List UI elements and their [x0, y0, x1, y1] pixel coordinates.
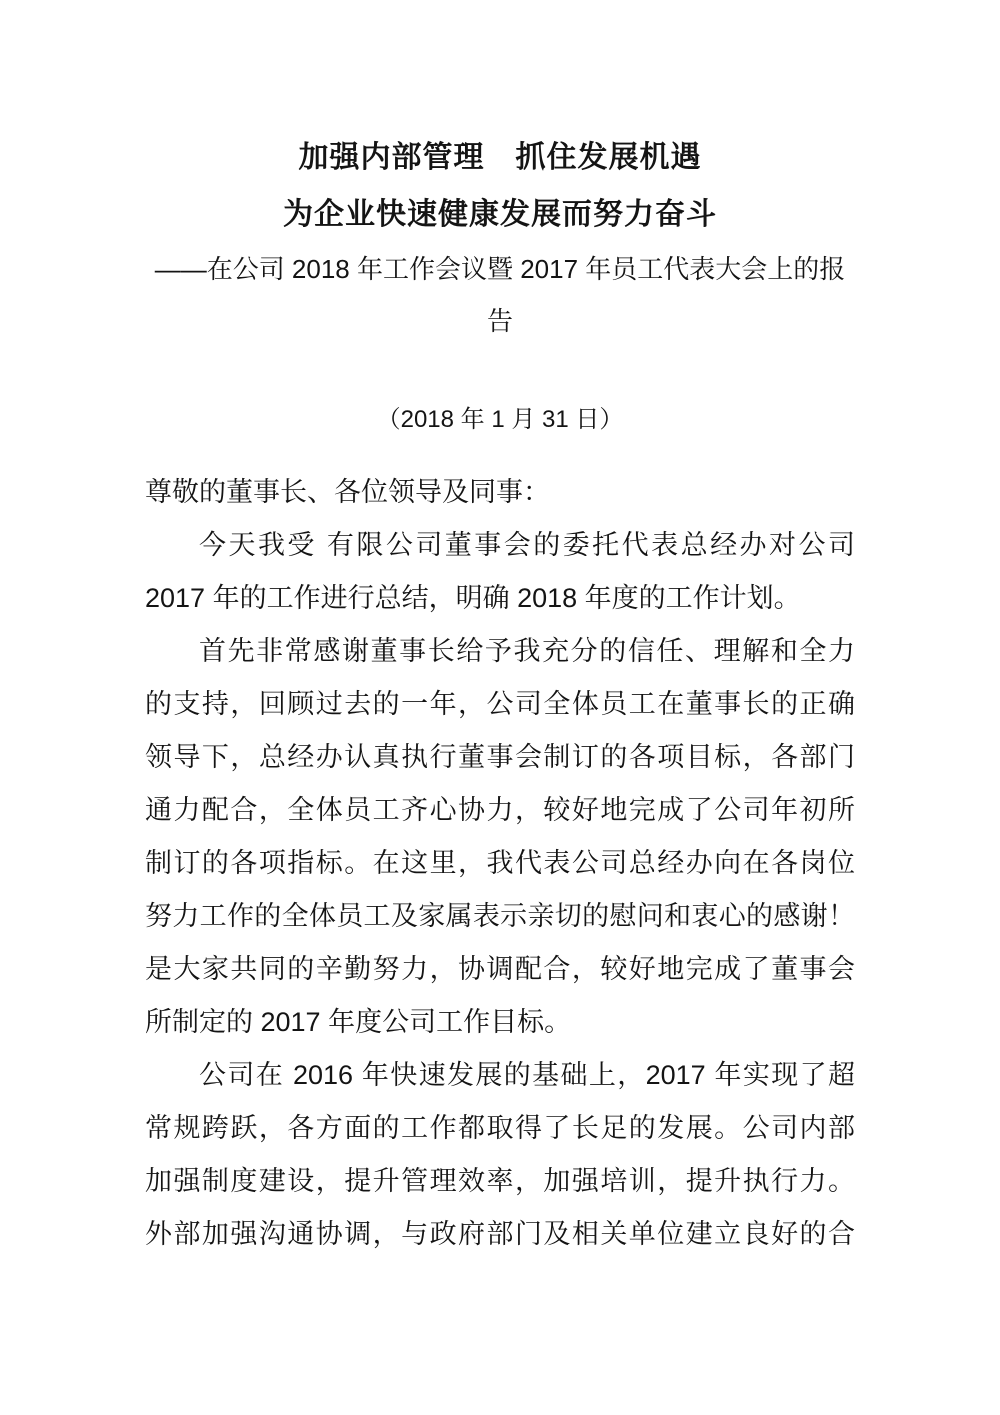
body-line: 今天我受 有限公司董事会的委托代表总经办对公司: [145, 519, 855, 572]
body-line: 是大家共同的辛勤努力，协调配合，较好地完成了董事会: [145, 943, 855, 996]
document-body: 尊敬的董事长、各位领导及同事： 今天我受 有限公司董事会的委托代表总经办对公司 …: [145, 466, 855, 1261]
document-subtitle-line-1: ——在公司 2018 年工作会议暨 2017 年员工代表大会上的报: [145, 243, 855, 295]
body-line: 2017 年的工作进行总结，明确 2018 年度的工作计划。: [145, 572, 855, 625]
document-subtitle-line-2: 告: [145, 295, 855, 347]
salutation-line: 尊敬的董事长、各位领导及同事：: [145, 466, 855, 519]
document-title-line-2: 为企业快速健康发展而努力奋斗: [145, 193, 855, 237]
body-line: 公司在 2016 年快速发展的基础上，2017 年实现了超: [145, 1049, 855, 1102]
body-line: 常规跨跃，各方面的工作都取得了长足的发展。公司内部: [145, 1102, 855, 1155]
body-line: 领导下，总经办认真执行董事会制订的各项目标，各部门: [145, 731, 855, 784]
body-line: 首先非常感谢董事长给予我充分的信任、理解和全力: [145, 625, 855, 678]
body-line: 加强制度建设，提升管理效率，加强培训，提升执行力。: [145, 1155, 855, 1208]
body-line: 制订的各项指标。在这里，我代表公司总经办向在各岗位: [145, 837, 855, 890]
document-date: （2018 年 1 月 31 日）: [145, 395, 855, 445]
body-line: 通力配合，全体员工齐心协力，较好地完成了公司年初所: [145, 784, 855, 837]
document-page: 加强内部管理 抓住发展机遇 为企业快速健康发展而努力奋斗 ——在公司 2018 …: [145, 0, 855, 1261]
body-line: 努力工作的全体员工及家属表示亲切的慰问和衷心的感谢！: [145, 890, 855, 943]
body-line: 的支持，回顾过去的一年，公司全体员工在董事长的正确: [145, 678, 855, 731]
body-line: 外部加强沟通协调，与政府部门及相关单位建立良好的合: [145, 1208, 855, 1261]
body-line: 所制定的 2017 年度公司工作目标。: [145, 996, 855, 1049]
document-title-line-1: 加强内部管理 抓住发展机遇: [145, 136, 855, 180]
